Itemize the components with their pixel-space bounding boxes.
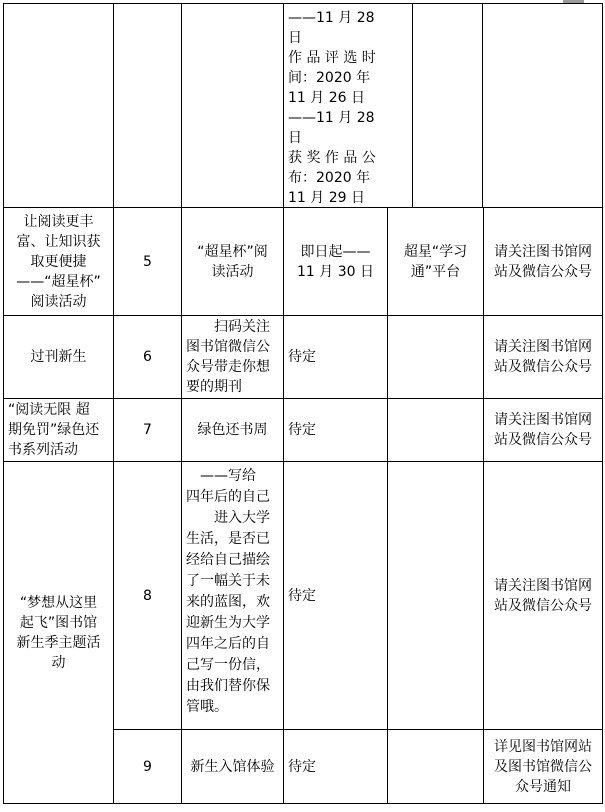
cell-activity-name: “梦想从这里 起飞”图书馆 新生季主题活 动 [4, 462, 114, 804]
cell-content: 绿色还书周 [182, 399, 284, 462]
cell-number: 9 [114, 730, 182, 804]
cell-note: 请关注图书馆网 站及微信公众号 [484, 399, 603, 462]
document-page: ——11 月 28 日 作 品 评 选 时 间：2020 年 11 月 26 日… [0, 0, 605, 812]
cell-note: 请关注图书馆网 站及微信公众号 [484, 208, 603, 316]
cell-content: 扫码关注 图书馆微信公 众号带走你想 要的期刊 [182, 316, 284, 399]
cell-time: 即日起—— 11 月 30 日 [284, 208, 388, 316]
table-row: 过刊新生 6 扫码关注 图书馆微信公 众号带走你想 要的期刊 待定 请关注图书馆… [4, 316, 603, 399]
cell-time: 待定 [284, 399, 388, 462]
cell-number: 6 [114, 316, 182, 399]
cell-platform: 超星“学习 通”平台 [388, 208, 484, 316]
table-row: 让阅读更丰 富、让知识获 取更便捷 ——“超星杯” 阅读活动 5 “超星杯”阅 … [4, 208, 603, 316]
cell-activity-name: 让阅读更丰 富、让知识获 取更便捷 ——“超星杯” 阅读活动 [4, 208, 114, 316]
cell-number: 5 [114, 208, 182, 316]
table-row: ——11 月 28 日 作 品 评 选 时 间：2020 年 11 月 26 日… [4, 4, 603, 210]
table-row: “梦想从这里 起飞”图书馆 新生季主题活 动 8 ——写给 四年后的自己 进入大… [4, 462, 603, 730]
table-row: “阅读无限 超 期免罚”绿色还 书系列活动 7 绿色还书周 待定 请关注图书馆网… [4, 399, 603, 462]
cell-platform [413, 4, 483, 210]
cell-time: ——11 月 28 日 作 品 评 选 时 间：2020 年 11 月 26 日… [284, 4, 413, 210]
cell-platform [388, 462, 484, 730]
cell-note: 请关注图书馆网 站及微信公众号 [484, 316, 603, 399]
cell-note: 详见图书馆网站 及图书馆微信公 众号通知 [484, 730, 603, 804]
cell-note [483, 4, 603, 210]
cell-number: 7 [114, 399, 182, 462]
cell-platform [388, 399, 484, 462]
cell-content: “超星杯”阅 读活动 [182, 208, 284, 316]
cell-time: 待定 [284, 730, 388, 804]
schedule-table-continuation: ——11 月 28 日 作 品 评 选 时 间：2020 年 11 月 26 日… [3, 3, 603, 210]
cell-time: 待定 [284, 462, 388, 730]
cell-number: 8 [114, 462, 182, 730]
cell-activity-name: 过刊新生 [4, 316, 114, 399]
cell-number [114, 4, 182, 210]
cell-platform [388, 316, 484, 399]
cell-activity-name: “阅读无限 超 期免罚”绿色还 书系列活动 [4, 399, 114, 462]
cell-content: ——写给 四年后的自己 进入大学 生活，是否已 经给自己描绘 了一幅关于未 来的… [182, 462, 284, 730]
schedule-table: 让阅读更丰 富、让知识获 取更便捷 ——“超星杯” 阅读活动 5 “超星杯”阅 … [3, 207, 603, 804]
cell-platform [388, 730, 484, 804]
cell-content [182, 4, 284, 210]
cell-note: 请关注图书馆网 站及微信公众号 [484, 462, 603, 730]
cell-content: 新生入馆体验 [182, 730, 284, 804]
cell-time: 待定 [284, 316, 388, 399]
cell-activity-name [4, 4, 114, 210]
